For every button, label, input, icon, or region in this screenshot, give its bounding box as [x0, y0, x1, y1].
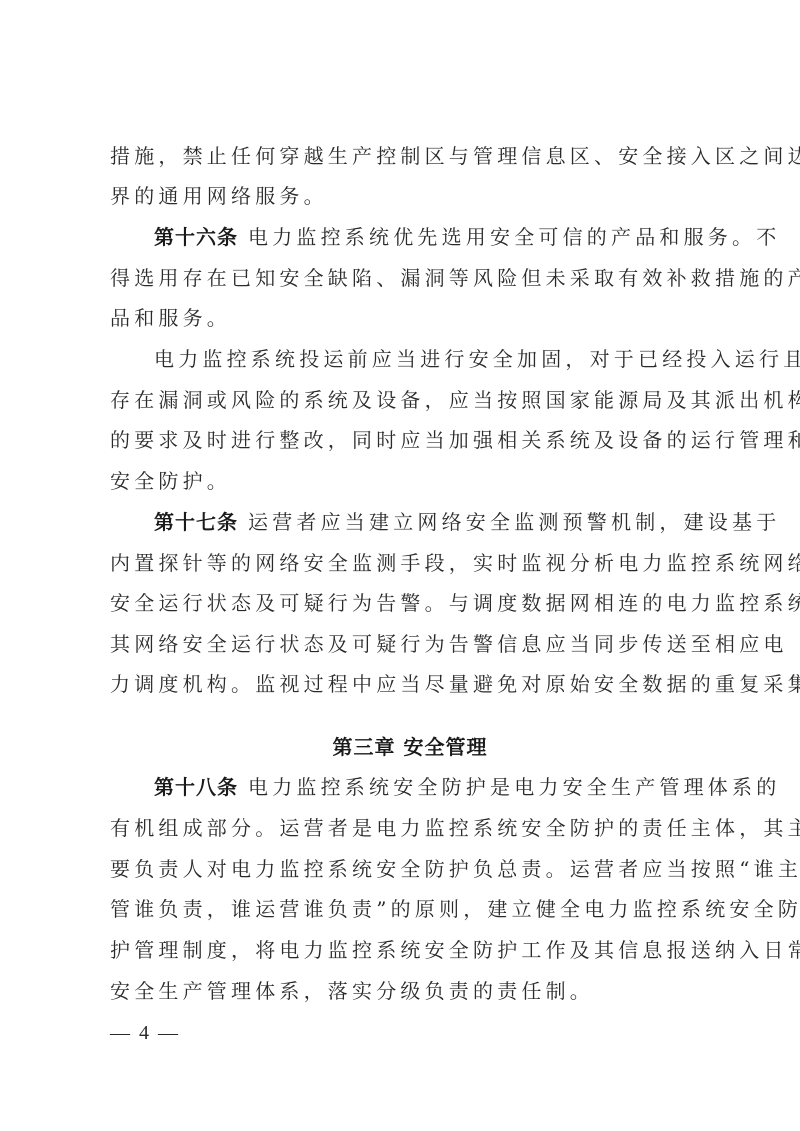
article-heading: 第十七条 — [154, 510, 238, 534]
paragraph-line: 护管理制度，将电力监控系统安全防护工作及其信息报送纳入日常 — [110, 938, 710, 962]
paragraph-line: 安全运行状态及可疑行为告警。与调度数据网相连的电力监控系统， — [110, 591, 710, 615]
paragraph-line: 要负责人对电力监控系统安全防护负总责。运营者应当按照“谁主 — [110, 857, 710, 881]
paragraph-line: 品和服务。 — [110, 306, 710, 330]
chapter-title: 第三章 安全管理 — [110, 735, 710, 759]
article-16-line: 第十六条电力监控系统优先选用安全可信的产品和服务。不 — [110, 225, 754, 249]
paragraph-line: 安全生产管理体系，落实分级负责的责任制。 — [110, 979, 710, 1003]
paragraph-line: 其网络安全运行状态及可疑行为告警信息应当同步传送至相应电 — [110, 632, 710, 656]
paragraph-line: 内置探针等的网络安全监测手段，实时监视分析电力监控系统网络 — [110, 551, 710, 575]
paragraph-line: 界的通用网络服务。 — [110, 184, 710, 208]
article-heading: 第十八条 — [154, 775, 238, 799]
paragraph-line: 力调度机构。监视过程中应当尽量避免对原始安全数据的重复采集。 — [110, 672, 710, 696]
paragraph-line: 存在漏洞或风险的系统及设备，应当按照国家能源局及其派出机构 — [110, 388, 710, 412]
paragraph-line: 有机组成部分。运营者是电力监控系统安全防护的责任主体，其主 — [110, 816, 710, 840]
paragraph-line: 安全防护。 — [110, 469, 710, 493]
article-18-line: 第十八条电力监控系统安全防护是电力安全生产管理体系的 — [110, 775, 754, 799]
article-text: 电力监控系统安全防护是电力安全生产管理体系的 — [248, 775, 780, 799]
article-heading: 第十六条 — [154, 225, 238, 249]
page-number: — 4 — — [110, 1022, 180, 1045]
paragraph-line: 管谁负责，谁运营谁负责”的原则，建立健全电力监控系统安全防 — [110, 897, 710, 921]
paragraph-line: 得选用存在已知安全缺陷、漏洞等风险但未采取有效补救措施的产 — [110, 266, 710, 290]
article-text: 运营者应当建立网络安全监测预警机制，建设基于 — [248, 510, 780, 534]
paragraph-line: 的要求及时进行整改，同时应当加强相关系统及设备的运行管理和 — [110, 428, 710, 452]
article-text: 电力监控系统优先选用安全可信的产品和服务。不 — [248, 225, 780, 249]
article-17-line: 第十七条运营者应当建立网络安全监测预警机制，建设基于 — [110, 510, 754, 534]
paragraph-line: 措施，禁止任何穿越生产控制区与管理信息区、安全接入区之间边 — [110, 144, 710, 168]
paragraph-line: 电力监控系统投运前应当进行安全加固，对于已经投入运行且 — [110, 347, 754, 371]
